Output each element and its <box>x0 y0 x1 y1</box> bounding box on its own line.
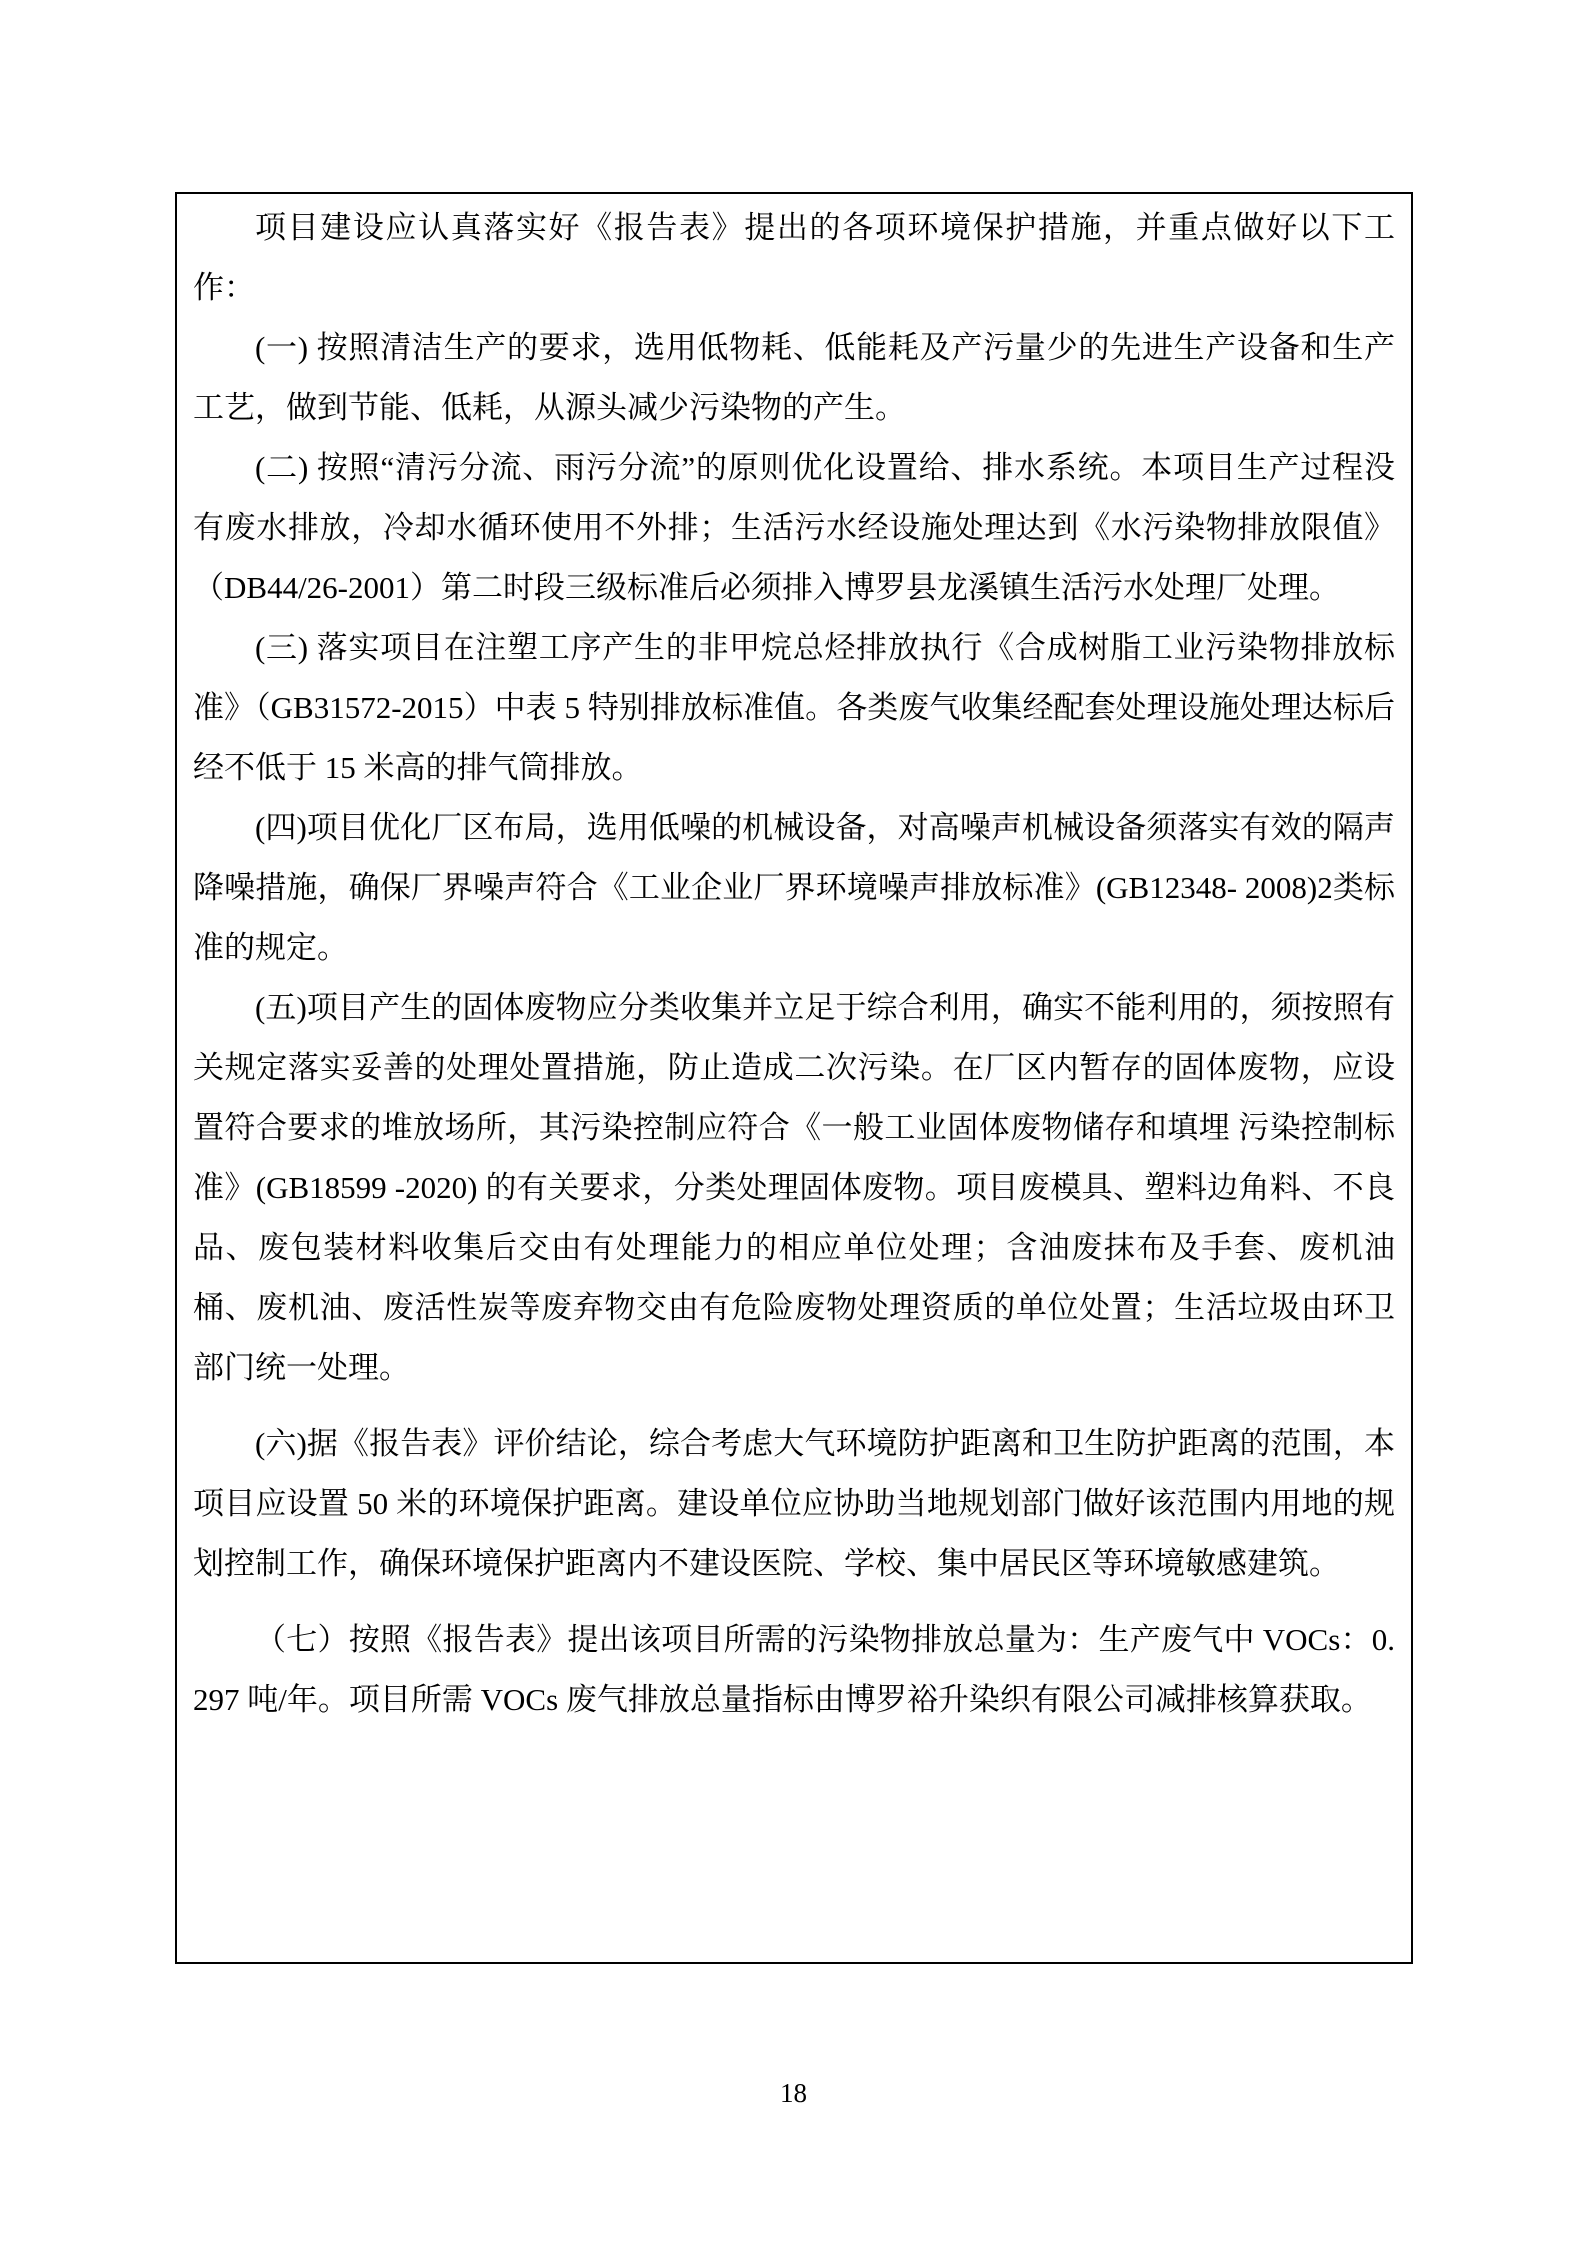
measure-paragraph-5: (五)项目产生的固体废物应分类收集并立足于综合利用，确实不能利用的，须按照有关规… <box>193 978 1395 1398</box>
measure-paragraph-3: (三) 落实项目在注塑工序产生的非甲烷总烃排放执行《合成树脂工业污染物排放标准》… <box>193 618 1395 798</box>
measures-text-box: 项目建设应认真落实好《报告表》提出的各项环境保护措施，并重点做好以下工作： (一… <box>175 192 1413 1964</box>
intro-paragraph: 项目建设应认真落实好《报告表》提出的各项环境保护措施，并重点做好以下工作： <box>193 198 1395 318</box>
measure-paragraph-4: (四)项目优化厂区布局，选用低噪的机械设备，对高噪声机械设备须落实有效的隔声降噪… <box>193 798 1395 978</box>
page-number: 18 <box>0 2076 1587 2110</box>
measure-paragraph-6: (六)据《报告表》评价结论，综合考虑大气环境防护距离和卫生防护距离的范围，本项目… <box>193 1414 1395 1594</box>
measure-paragraph-7: （七）按照《报告表》提出该项目所需的污染物排放总量为：生产废气中 VOCs：0.… <box>193 1610 1395 1730</box>
document-page: 项目建设应认真落实好《报告表》提出的各项环境保护措施，并重点做好以下工作： (一… <box>0 0 1587 2245</box>
measure-paragraph-1: (一) 按照清洁生产的要求，选用低物耗、低能耗及产污量少的先进生产设备和生产工艺… <box>193 318 1395 438</box>
measure-paragraph-2: (二) 按照“清污分流、雨污分流”的原则优化设置给、排水系统。本项目生产过程没有… <box>193 438 1395 618</box>
